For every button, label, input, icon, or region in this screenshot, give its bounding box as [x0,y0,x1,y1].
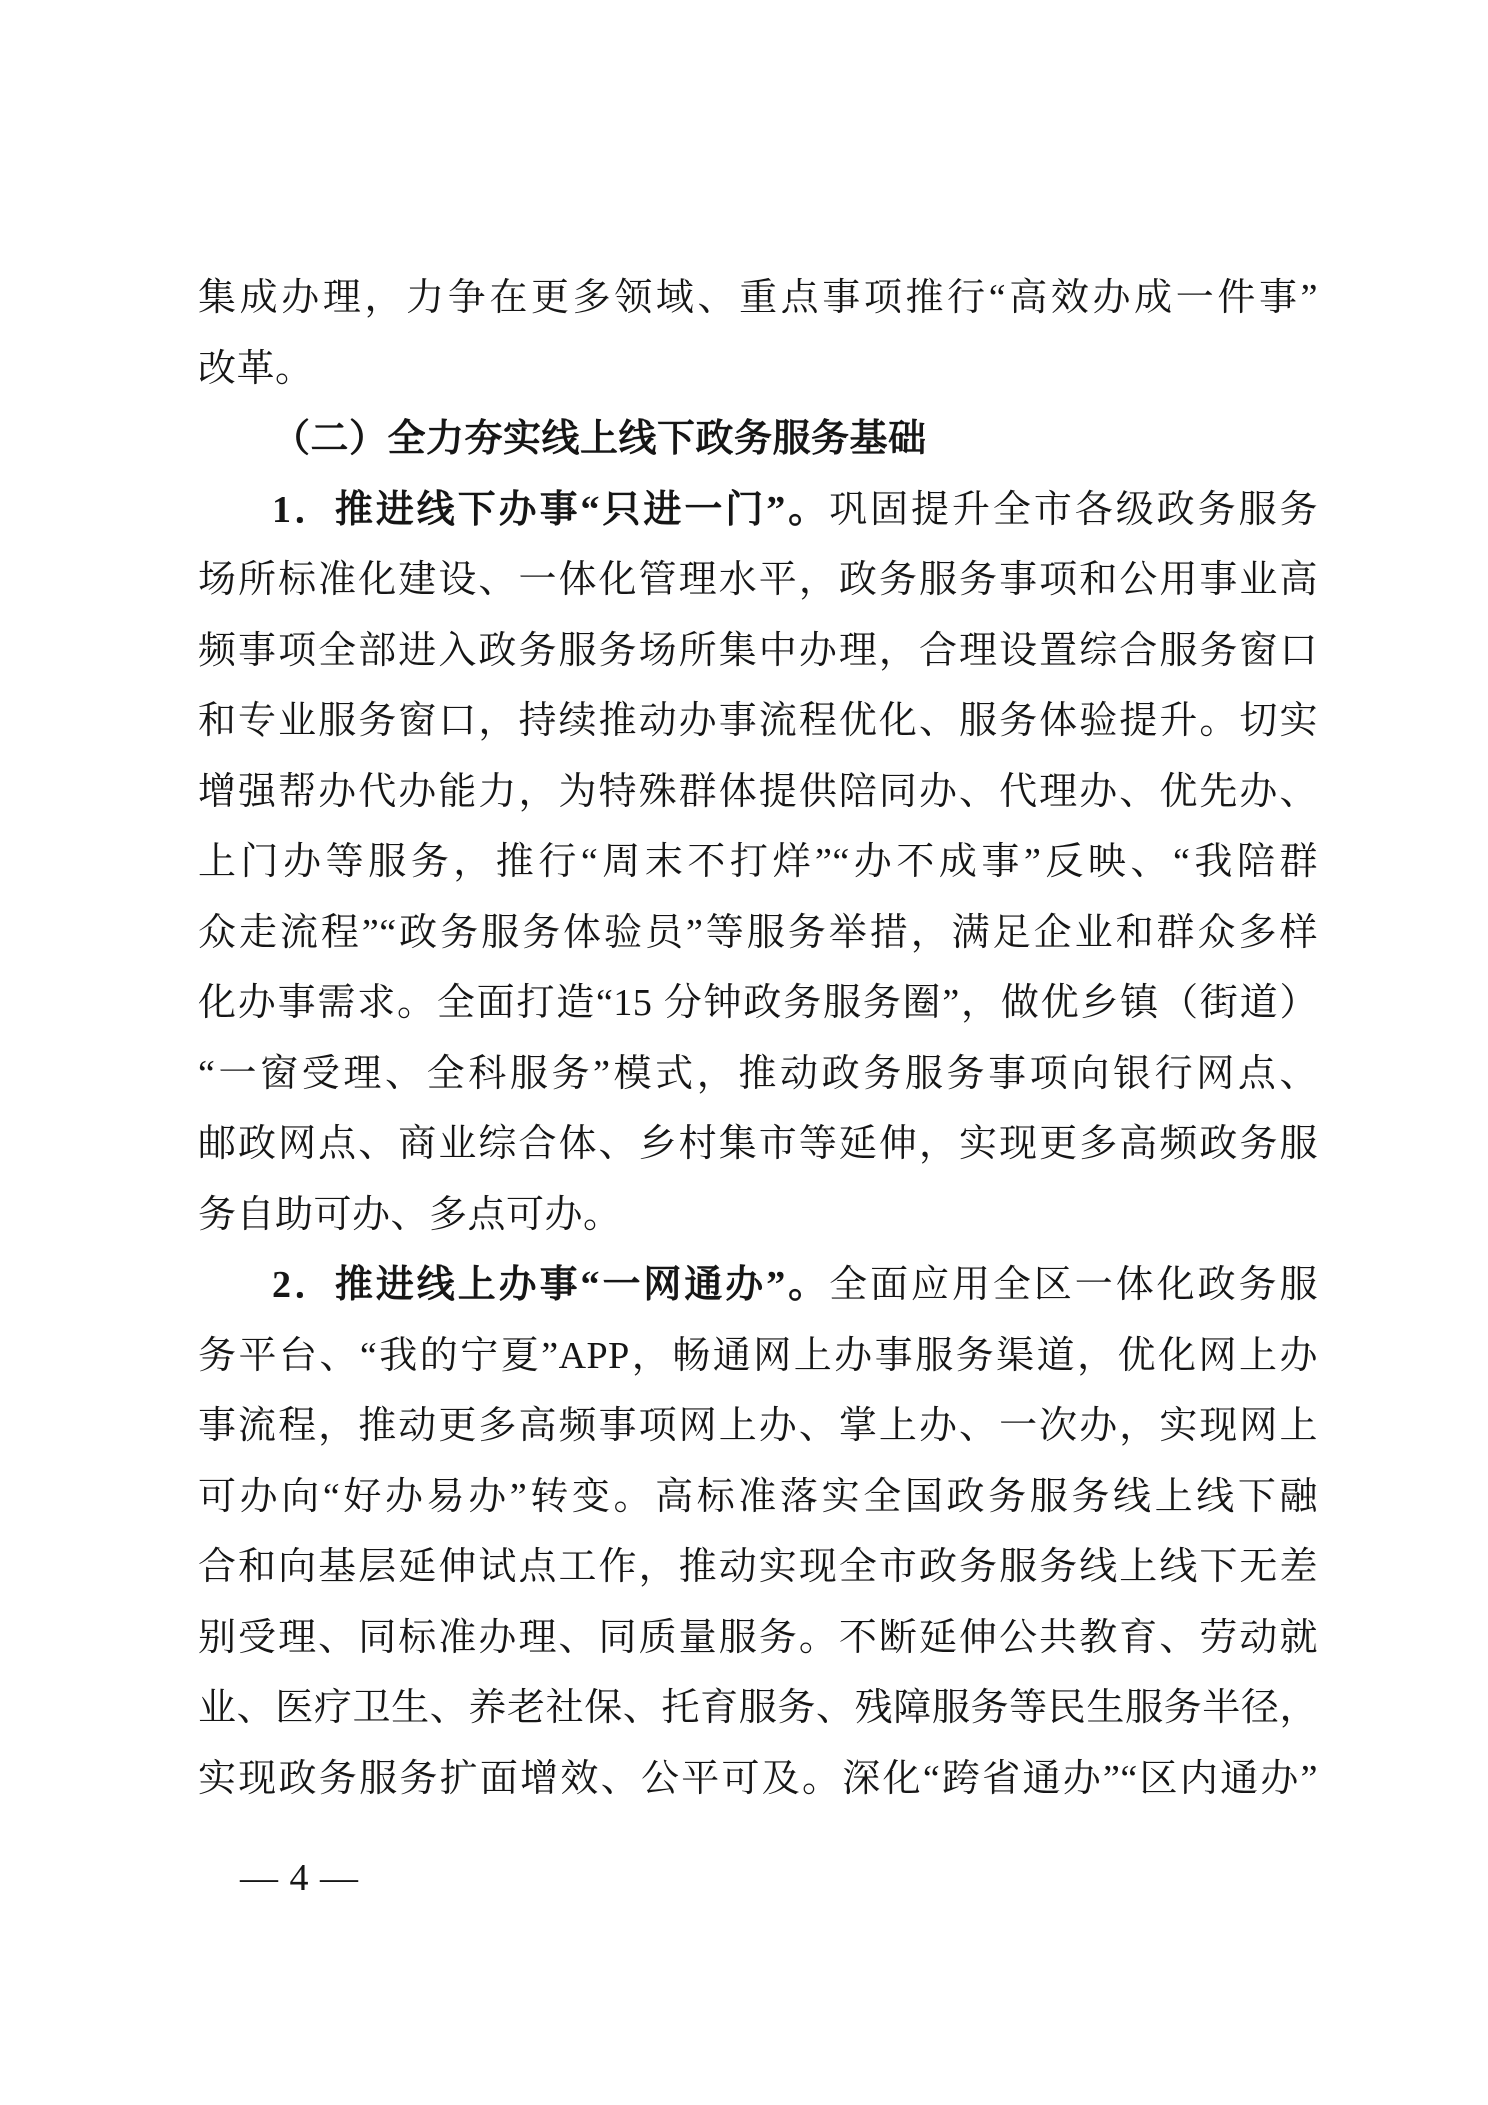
text-line-17: 事流程，推动更多高频事项网上办、掌上办、一次办，实现网上 [198,1391,1318,1462]
line-text: 别受理、同标准办理、同质量服务。不断延伸公共教育、劳动就 [198,1617,1318,1659]
text-line-15: 2．推进线上办事“一网通办”。全面应用全区一体化政务服 [198,1250,1318,1321]
text-line-8: 增强帮办代办能力，为特殊群体提供陪同办、代理办、优先办、 [198,757,1318,828]
text-line-22: 实现政务服务扩面增效、公平可及。深化“跨省通办”“区内通办” [198,1744,1318,1815]
text-line-7: 和专业服务窗口，持续推动办事流程优化、服务体验提升。切实 [198,686,1318,757]
line-text: 务平台、“我的宁夏”APP，畅通网上办事服务渠道，优化网上办 [198,1335,1318,1377]
text-line-19: 合和向基层延伸试点工作，推动实现全市政务服务线上线下无差 [198,1532,1318,1603]
text-line-13: 邮政网点、商业综合体、乡村集市等延伸，实现更多高频政务服 [198,1109,1318,1180]
document-body: 集成办理，力争在更多领域、重点事项推行“高效办成一件事” 改革。 （二）全力夯实… [198,263,1318,1814]
line-text: 化办事需求。全面打造“15 分钟政务服务圈”，做优乡镇（街道） [198,982,1318,1024]
text-line-9: 上门办等服务，推行“周末不打烊”“办不成事”反映、“我陪群 [198,827,1318,898]
line-text: 实现政务服务扩面增效、公平可及。深化“跨省通办”“区内通办” [198,1758,1318,1800]
line-text: 众走流程”“政务服务体验员”等服务举措，满足企业和群众多样 [198,912,1318,954]
line-text: 上门办等服务，推行“周末不打烊”“办不成事”反映、“我陪群 [198,841,1318,883]
line-text: 集成办理，力争在更多领域、重点事项推行“高效办成一件事” [198,277,1318,319]
line-text: 事流程，推动更多高频事项网上办、掌上办、一次办，实现网上 [198,1405,1318,1447]
text-line-11: 化办事需求。全面打造“15 分钟政务服务圈”，做优乡镇（街道） [198,968,1318,1039]
page-number: — 4 — [240,1846,359,1910]
line-text: 合和向基层延伸试点工作，推动实现全市政务服务线上线下无差 [198,1546,1318,1588]
text-line-10: 众走流程”“政务服务体验员”等服务举措，满足企业和群众多样 [198,898,1318,969]
text-line-2: 改革。 [198,334,1318,405]
text-line-14: 务自助可办、多点可办。 [198,1180,1318,1251]
text-line-1: 集成办理，力争在更多领域、重点事项推行“高效办成一件事” [198,263,1318,334]
line-text: 和专业服务窗口，持续推动办事流程优化、服务体验提升。切实 [198,700,1318,742]
text-line-20: 别受理、同标准办理、同质量服务。不断延伸公共教育、劳动就 [198,1603,1318,1674]
line-text: 业、医疗卫生、养老社保、托育服务、残障服务等民生服务半径， [198,1687,1318,1729]
paragraph-lead: 1．推进线下办事“只进一门”。 [272,489,829,531]
line-text: 全面应用全区一体化政务服 [829,1264,1318,1306]
line-text: 频事项全部进入政务服务场所集中办理，合理设置综合服务窗口 [198,630,1318,672]
line-text: 务自助可办、多点可办。 [198,1194,622,1236]
text-line-16: 务平台、“我的宁夏”APP，畅通网上办事服务渠道，优化网上办 [198,1321,1318,1392]
paragraph-lead: 2．推进线上办事“一网通办”。 [272,1264,829,1306]
line-text: 改革。 [198,348,314,390]
line-text: 增强帮办代办能力，为特殊群体提供陪同办、代理办、优先办、 [198,771,1318,813]
line-text: “一窗受理、全科服务”模式，推动政务服务事项向银行网点、 [198,1053,1318,1095]
document-page: 集成办理，力争在更多领域、重点事项推行“高效办成一件事” 改革。 （二）全力夯实… [0,0,1488,2105]
line-text: 邮政网点、商业综合体、乡村集市等延伸，实现更多高频政务服 [198,1123,1318,1165]
text-line-5: 场所标准化建设、一体化管理水平，政务服务事项和公用事业高 [198,545,1318,616]
line-text: 巩固提升全市各级政务服务 [829,489,1318,531]
section-heading-text: （二）全力夯实线上线下政务服务基础 [272,418,927,460]
section-heading: （二）全力夯实线上线下政务服务基础 [198,404,1318,475]
text-line-4: 1．推进线下办事“只进一门”。巩固提升全市各级政务服务 [198,475,1318,546]
line-text: 场所标准化建设、一体化管理水平，政务服务事项和公用事业高 [198,559,1318,601]
text-line-12: “一窗受理、全科服务”模式，推动政务服务事项向银行网点、 [198,1039,1318,1110]
text-line-18: 可办向“好办易办”转变。高标准落实全国政务服务线上线下融 [198,1462,1318,1533]
text-line-21: 业、医疗卫生、养老社保、托育服务、残障服务等民生服务半径， [198,1673,1318,1744]
line-text: 可办向“好办易办”转变。高标准落实全国政务服务线上线下融 [198,1476,1318,1518]
text-line-6: 频事项全部进入政务服务场所集中办理，合理设置综合服务窗口 [198,616,1318,687]
